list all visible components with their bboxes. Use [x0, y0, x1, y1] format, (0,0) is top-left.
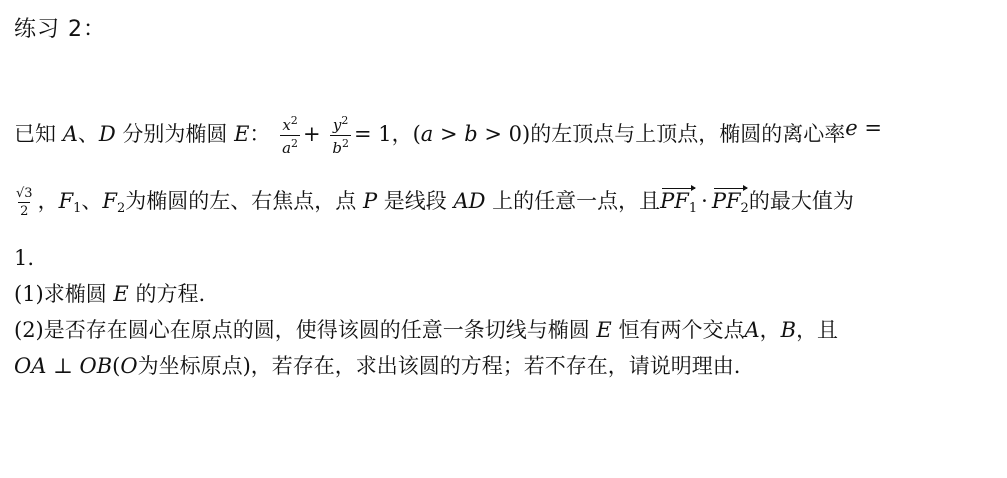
- text: ，: [38, 189, 59, 213]
- text: 为椭圆的左、右焦点，点: [125, 189, 363, 213]
- var-D: D: [99, 122, 116, 146]
- question-1: (1)求椭圆 E 的方程.: [14, 280, 205, 308]
- question-2: (2)是否存在圆心在原点的圆，使得该圆的任意一条切线与椭圆 E 恒有两个交点A，…: [14, 316, 838, 344]
- equals-one: = 1: [354, 122, 392, 146]
- question-2-continued: OA ⊥ OB(O为坐标原点)，若存在，求出该圆的方程；若不存在，请说明理由.: [14, 352, 740, 380]
- var-P: P: [363, 189, 377, 213]
- var-a: a: [421, 122, 434, 146]
- var-E: E: [234, 122, 249, 146]
- text: ，(: [392, 122, 421, 146]
- text: 分别为椭圆: [116, 122, 234, 146]
- problem-line-1: 已知 A、D 分别为椭圆 E： x2 a2 + y2 b2 = 1，(a > b…: [14, 114, 882, 156]
- segment-AD: AD: [453, 189, 485, 213]
- text: 上的任意一点，且: [485, 189, 660, 213]
- text: 已知: [14, 122, 63, 146]
- text: 的最大值为: [749, 189, 854, 213]
- var-e: e: [845, 116, 857, 140]
- plus-sign: +: [303, 122, 321, 146]
- perpendicular-symbol: ⊥: [46, 354, 79, 378]
- text: 、: [81, 189, 102, 213]
- problem-line-3: 1.: [14, 244, 34, 272]
- var-b: b: [464, 122, 477, 146]
- fraction-y2-b2: y2 b2: [330, 115, 351, 156]
- text: 的左顶点与上顶点，椭圆的离心率: [530, 122, 845, 146]
- fraction-x2-a2: x2 a2: [280, 115, 300, 156]
- fraction-sqrt3-over-2: √3 2: [14, 187, 35, 218]
- text: 是线段: [377, 189, 453, 213]
- vector-PF1: PF1: [660, 187, 697, 223]
- problem-line-2: √3 2 ，F1、F2为椭圆的左、右焦点，点 P 是线段 AD 上的任意一点，且…: [14, 187, 854, 223]
- vector-PF2: PF2: [712, 187, 749, 223]
- text: 、: [78, 122, 99, 146]
- exercise-title: 练习 2：: [14, 12, 106, 43]
- dot-product: ·: [701, 189, 708, 213]
- var-A: A: [63, 122, 78, 146]
- text: ：: [249, 122, 270, 146]
